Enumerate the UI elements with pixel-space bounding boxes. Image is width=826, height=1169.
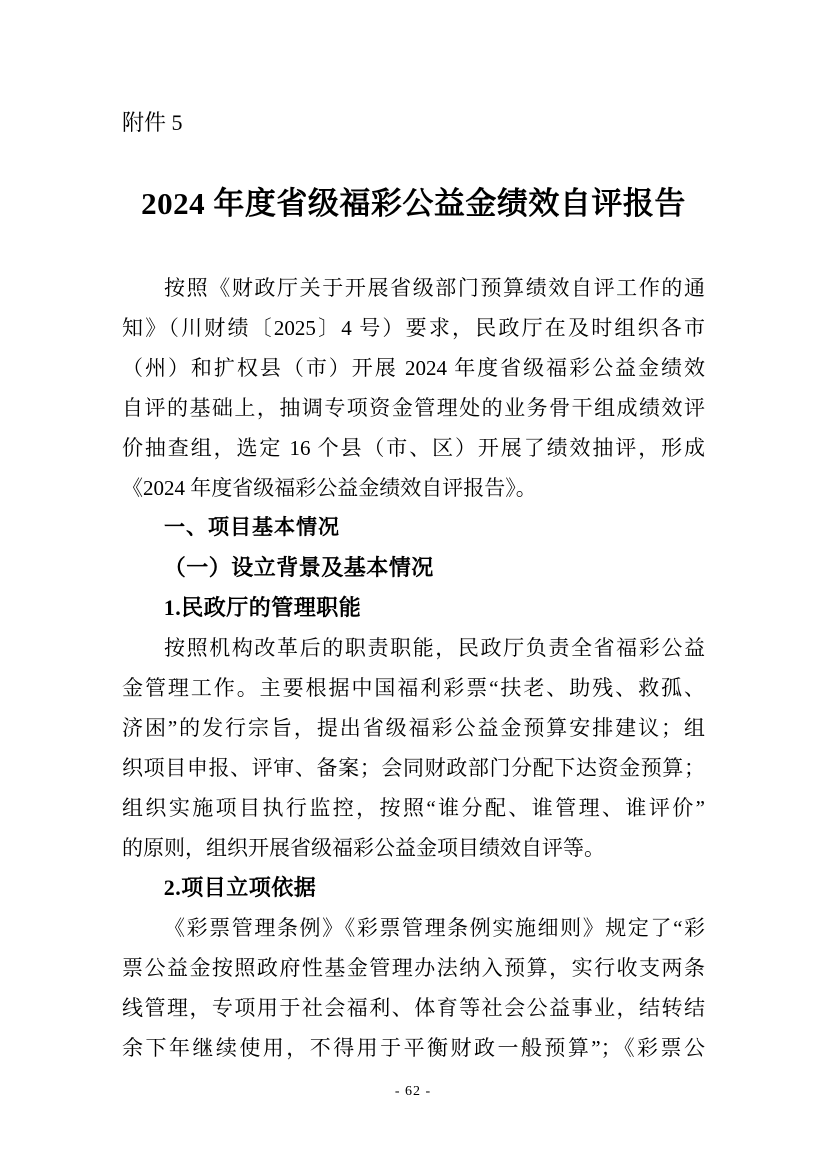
paragraph-intro: 按照《财政厅关于开展省级部门预算绩效自评工作的通知》（川财绩〔2025〕4 号）… [122, 268, 705, 508]
point-heading-project-basis: 2.项目立项依据 [122, 868, 705, 908]
text-line: 按照机构改革后的职责职能，民政厅负责全省福彩公益 [122, 628, 705, 668]
text-line: 《彩票管理条例》《彩票管理条例实施细则》规定了“彩 [122, 908, 705, 948]
text-line: 知》（川财绩〔2025〕4 号）要求，民政厅在及时组织各市 [122, 308, 705, 348]
text-line: 《2024 年度省级福彩公益金绩效自评报告》。 [122, 468, 705, 508]
text-line: 按照《财政厅关于开展省级部门预算绩效自评工作的通 [122, 268, 705, 308]
text-line: 线管理，专项用于社会福利、体育等社会公益事业，结转结 [122, 988, 705, 1028]
text-line: 织项目申报、评审、备案；会同财政部门分配下达资金预算； [122, 748, 705, 788]
document-page: 附件 5 2024 年度省级福彩公益金绩效自评报告 按照《财政厅关于开展省级部门… [0, 0, 826, 1169]
subsection-heading-background: （一）设立背景及基本情况 [122, 548, 705, 588]
text-line: 自评的基础上，抽调专项资金管理处的业务骨干组成绩效评 [122, 388, 705, 428]
paragraph-basis: 《彩票管理条例》《彩票管理条例实施细则》规定了“彩票公益金按照政府性基金管理办法… [122, 908, 705, 1068]
document-title: 2024 年度省级福彩公益金绩效自评报告 [122, 182, 705, 226]
attachment-label: 附件 5 [122, 108, 705, 138]
point-heading-management-duty: 1.民政厅的管理职能 [122, 588, 705, 628]
text-line: 票公益金按照政府性基金管理办法纳入预算，实行收支两条 [122, 948, 705, 988]
text-line: （州）和扩权县（市）开展 2024 年度省级福彩公益金绩效 [122, 348, 705, 388]
text-line: 价抽查组，选定 16 个县（市、区）开展了绩效抽评，形成 [122, 428, 705, 468]
paragraph-management: 按照机构改革后的职责职能，民政厅负责全省福彩公益金管理工作。主要根据中国福利彩票… [122, 628, 705, 868]
document-body: 按照《财政厅关于开展省级部门预算绩效自评工作的通知》（川财绩〔2025〕4 号）… [122, 268, 705, 1068]
page-number: - 62 - [0, 1082, 826, 1102]
section-heading-basic-info: 一、项目基本情况 [122, 508, 705, 548]
text-line: 济困”的发行宗旨，提出省级福彩公益金预算安排建议；组 [122, 708, 705, 748]
text-line: 金管理工作。主要根据中国福利彩票“扶老、助残、救孤、 [122, 668, 705, 708]
text-line: 余下年继续使用，不得用于平衡财政一般预算”；《彩票公 [122, 1028, 705, 1068]
text-line: 的原则，组织开展省级福彩公益金项目绩效自评等。 [122, 828, 705, 868]
text-line: 组织实施项目执行监控，按照“谁分配、谁管理、谁评价” [122, 788, 705, 828]
